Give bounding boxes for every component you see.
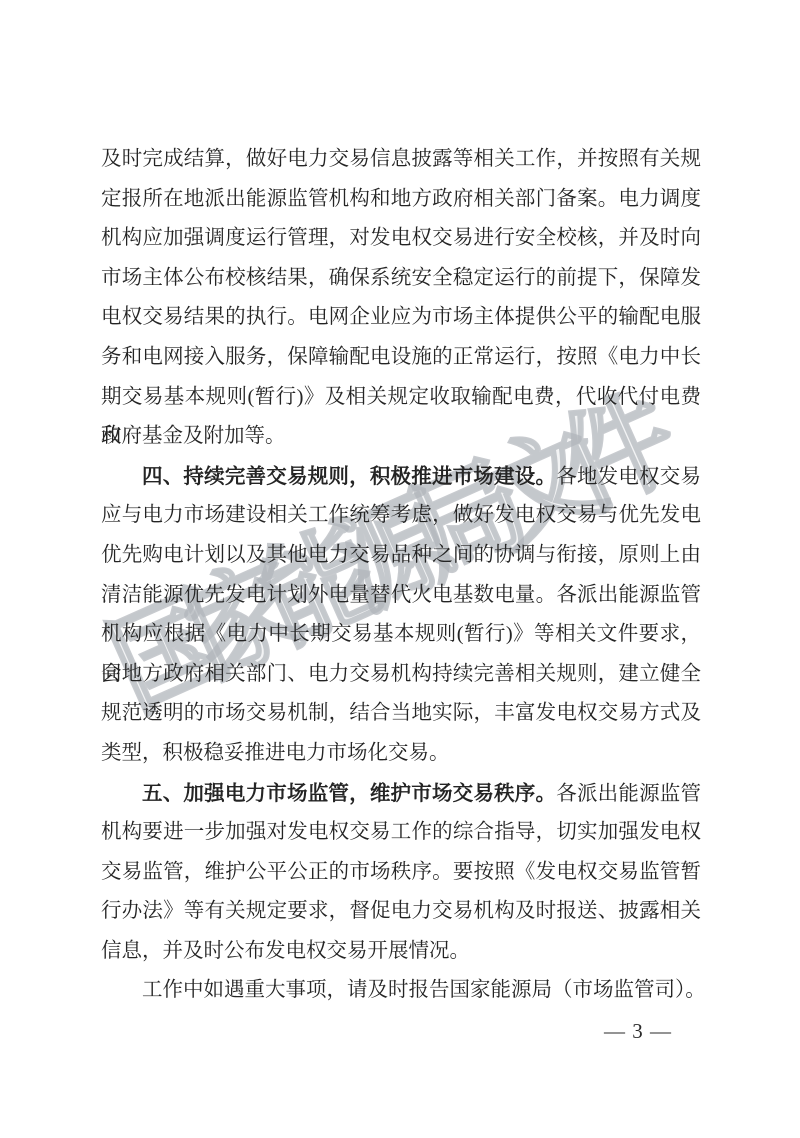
- text-line: 定报所在地派出能源监管机构和地方政府相关部门备案。电力调度: [101, 180, 701, 220]
- text-line: 优先购电计划以及其他电力交易品种之间的协调与衔接，原则上由: [101, 536, 701, 576]
- paragraph-1: 及时完成结算，做好电力交易信息披露等相关工作，并按照有关规定报所在地派出能源监管…: [101, 140, 701, 457]
- body-text: 类型，积极稳妥推进电力市场化交易。: [101, 742, 450, 764]
- body-text: 务和电网接入服务，保障输配电设施的正常运行，按照《电力中长: [101, 346, 701, 368]
- text-line: 五、加强电力市场监管，维护市场交易秩序。各派出能源监管: [101, 774, 701, 814]
- text-line: 期交易基本规则(暂行)》及相关规定收取输配电费，代收代付电费和: [101, 378, 701, 418]
- body-text: 各地发电权交易: [556, 466, 701, 488]
- text-line: 务和电网接入服务，保障输配电设施的正常运行，按照《电力中长: [101, 338, 701, 378]
- text-line: 交易监管，维护公平公正的市场秩序。要按照《发电权交易监管暂: [101, 853, 701, 893]
- body-text: 工作中如遇重大事项，请及时报告国家能源局（市场监管司）。: [142, 979, 706, 1001]
- text-line: 行办法》等有关规定要求，督促电力交易机构及时报送、披露相关: [101, 892, 701, 932]
- text-line: 信息，并及时公布发电权交易开展情况。: [101, 932, 701, 972]
- body-text: 应与电力市场建设相关工作统筹考虑，做好发电权交易与优先发电: [101, 504, 701, 526]
- text-line: 市场主体公布校核结果，确保系统安全稳定运行的前提下，保障发: [101, 259, 701, 299]
- body-text: 行办法》等有关规定要求，督促电力交易机构及时报送、披露相关: [101, 900, 701, 922]
- text-line: 规范透明的市场交易机制，结合当地实际，丰富发电权交易方式及: [101, 694, 701, 734]
- body-text: 优先购电计划以及其他电力交易品种之间的协调与衔接，原则上由: [101, 544, 701, 566]
- body-text: 政府基金及附加等。: [101, 425, 286, 447]
- body-text: 电权交易结果的执行。电网企业应为市场主体提供公平的输配电服: [101, 306, 701, 328]
- section-heading-text: 四、持续完善交易规则，积极推进市场建设。: [142, 465, 556, 488]
- text-line: 应与电力市场建设相关工作统筹考虑，做好发电权交易与优先发电: [101, 496, 701, 536]
- text-line: 同地方政府相关部门、电力交易机构持续完善相关规则，建立健全: [101, 655, 701, 695]
- document-page: 国家能源局文件 及时完成结算，做好电力交易信息披露等相关工作，并按照有关规定报所…: [0, 0, 800, 1138]
- document-body: 及时完成结算，做好电力交易信息披露等相关工作，并按照有关规定报所在地派出能源监管…: [101, 140, 701, 1011]
- text-line: 机构应根据《电力中长期交易基本规则(暂行)》等相关文件要求，会: [101, 615, 701, 655]
- body-text: 机构应加强调度运行管理，对发电权交易进行安全校核，并及时向: [101, 227, 701, 249]
- paragraph-3: 五、加强电力市场监管，维护市场交易秩序。各派出能源监管机构要进一步加强对发电权交…: [101, 774, 701, 972]
- text-line: 政府基金及附加等。: [101, 417, 701, 457]
- body-text: 信息，并及时公布发电权交易开展情况。: [101, 940, 470, 962]
- body-text: 规范透明的市场交易机制，结合当地实际，丰富发电权交易方式及: [101, 702, 701, 724]
- text-line: 电权交易结果的执行。电网企业应为市场主体提供公平的输配电服: [101, 298, 701, 338]
- paragraph-4: 工作中如遇重大事项，请及时报告国家能源局（市场监管司）。: [101, 971, 701, 1011]
- body-text: 机构要进一步加强对发电权交易工作的综合指导，切实加强发电权: [101, 821, 701, 843]
- body-text: 及时完成结算，做好电力交易信息披露等相关工作，并按照有关规: [101, 148, 701, 170]
- section-heading-text: 五、加强电力市场监管，维护市场交易秩序。: [142, 782, 556, 805]
- body-text: 各派出能源监管: [556, 783, 701, 805]
- paragraph-2: 四、持续完善交易规则，积极推进市场建设。各地发电权交易应与电力市场建设相关工作统…: [101, 457, 701, 774]
- text-line: 类型，积极稳妥推进电力市场化交易。: [101, 734, 701, 774]
- body-text: 清洁能源优先发电计划外电量替代火电基数电量。各派出能源监管: [101, 584, 701, 606]
- body-text: 定报所在地派出能源监管机构和地方政府相关部门备案。电力调度: [101, 188, 701, 210]
- body-text: 交易监管，维护公平公正的市场秩序。要按照《发电权交易监管暂: [101, 861, 701, 883]
- text-line: 四、持续完善交易规则，积极推进市场建设。各地发电权交易: [101, 457, 701, 497]
- text-line: 清洁能源优先发电计划外电量替代火电基数电量。各派出能源监管: [101, 576, 701, 616]
- body-text: 市场主体公布校核结果，确保系统安全稳定运行的前提下，保障发: [101, 267, 701, 289]
- body-text: 同地方政府相关部门、电力交易机构持续完善相关规则，建立健全: [101, 663, 701, 685]
- page-number: — 3 —: [604, 1019, 672, 1044]
- text-line: 及时完成结算，做好电力交易信息披露等相关工作，并按照有关规: [101, 140, 701, 180]
- text-line: 机构要进一步加强对发电权交易工作的综合指导，切实加强发电权: [101, 813, 701, 853]
- text-line: 机构应加强调度运行管理，对发电权交易进行安全校核，并及时向: [101, 219, 701, 259]
- text-line: 工作中如遇重大事项，请及时报告国家能源局（市场监管司）。: [101, 971, 701, 1011]
